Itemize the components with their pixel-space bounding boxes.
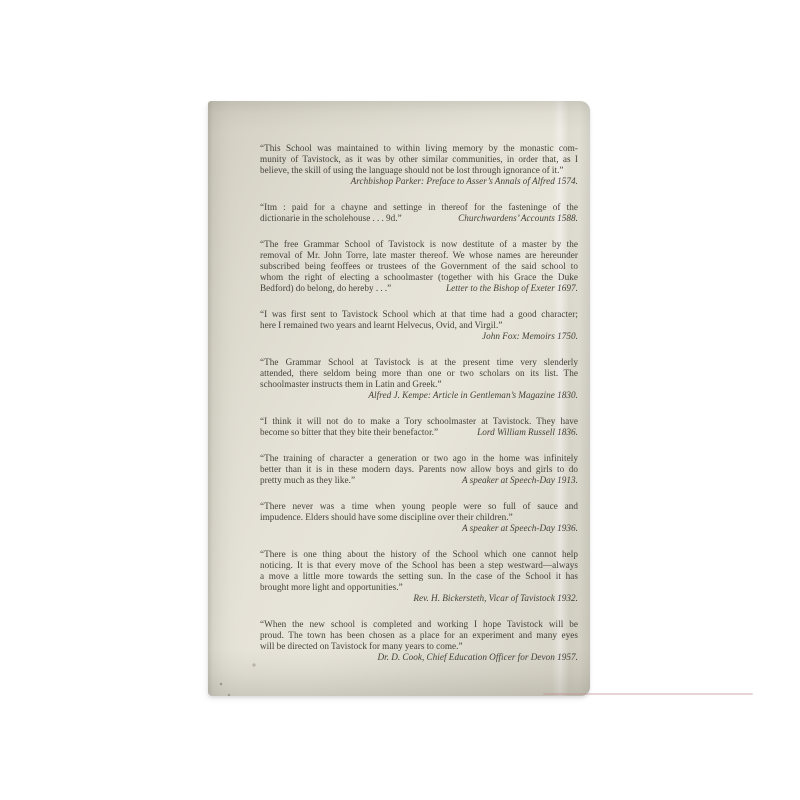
quote-attribution-line: Dr. D. Cook, Chief Education Officer for…	[260, 652, 578, 663]
quote-block: “This School was maintained to within li…	[260, 143, 578, 187]
quote-line: “When the new school is completed and wo…	[260, 619, 578, 630]
quote-line: removal of Mr. John Torre, late master t…	[260, 250, 578, 261]
quote-line: proud. The town has been chosen as a pla…	[260, 630, 578, 641]
quote-attribution-line: Archbishop Parker: Preface to Asser’s An…	[260, 176, 578, 187]
quote-line: become so bitter that they bite their be…	[260, 427, 578, 438]
quote-line: whom the right of electing a schoolmaste…	[260, 272, 578, 283]
quote-block: “Itm : paid for a chayne and settinge in…	[260, 202, 578, 224]
book-back-cover: “This School was maintained to within li…	[208, 101, 590, 696]
quote-line: “Itm : paid for a chayne and settinge in…	[260, 202, 578, 213]
quote-line: schoolmaster instructs them in Latin and…	[260, 379, 578, 390]
quote-line: subscribed being feoffees or trustees of…	[260, 261, 578, 272]
quote-line: “I was first sent to Tavistock School wh…	[260, 309, 578, 320]
quote-attribution: Archbishop Parker: Preface to Asser’s An…	[351, 176, 578, 186]
quote-line: “The training of character a generation …	[260, 453, 578, 464]
quotes-area: “This School was maintained to within li…	[260, 143, 578, 678]
quote-line: impudence. Elders should have some disci…	[260, 512, 578, 523]
quote-line: noticing. It is that every move of the S…	[260, 560, 578, 571]
quote-text: become so bitter that they bite their be…	[260, 427, 438, 438]
quote-attribution: A speaker at Speech-Day 1936.	[462, 523, 578, 533]
quote-attribution-line: John Fox: Memoirs 1750.	[260, 331, 578, 342]
quote-block: “I was first sent to Tavistock School wh…	[260, 309, 578, 342]
quote-line: “There never was a time when young peopl…	[260, 501, 578, 512]
quote-line: “I think it will not do to make a Tory s…	[260, 416, 578, 427]
quote-attribution: A speaker at Speech-Day 1913.	[462, 475, 578, 486]
quote-line: “The free Grammar School of Tavistock is…	[260, 239, 578, 250]
quote-attribution-line: Alfred J. Kempe: Article in Gentleman’s …	[260, 390, 578, 401]
quote-block: “The Grammar School at Tavistock is at t…	[260, 357, 578, 401]
jacket-bottom-edge-tint	[543, 693, 753, 695]
quote-attribution: Alfred J. Kempe: Article in Gentleman’s …	[368, 390, 578, 400]
quote-line: better than it is in these modern days. …	[260, 464, 578, 475]
quote-attribution: Dr. D. Cook, Chief Education Officer for…	[377, 652, 578, 662]
quote-block: “The training of character a generation …	[260, 453, 578, 486]
quote-line: “The Grammar School at Tavistock is at t…	[260, 357, 578, 368]
quote-attribution: Lord William Russell 1836.	[477, 427, 578, 438]
quote-line: believe, the skill of using the language…	[260, 165, 578, 176]
quote-line: brought more light and opportunities.”	[260, 582, 578, 593]
quote-attribution-line: A speaker at Speech-Day 1936.	[260, 523, 578, 534]
quote-block: “When the new school is completed and wo…	[260, 619, 578, 663]
quote-text: dictionarie in the scholehouse . . . 9d.…	[260, 213, 402, 224]
quote-block: “The free Grammar School of Tavistock is…	[260, 239, 578, 294]
quote-block: “I think it will not do to make a Tory s…	[260, 416, 578, 438]
quote-line: here I remained two years and learnt Hel…	[260, 320, 578, 331]
quote-attribution: Rev. H. Bickersteth, Vicar of Tavistock …	[413, 593, 578, 603]
quote-line: a move a little more towards the setting…	[260, 571, 578, 582]
quote-line: “This School was maintained to within li…	[260, 143, 578, 154]
quote-text: Bedford) do belong, do hereby . . .”	[260, 283, 391, 294]
quote-attribution: John Fox: Memoirs 1750.	[482, 331, 578, 341]
quote-attribution: Churchwardens’ Accounts 1588.	[458, 213, 578, 224]
photo-background: “This School was maintained to within li…	[0, 0, 800, 800]
quote-text: pretty much as they like.”	[260, 475, 355, 486]
quote-line: attended, there seldom being more than o…	[260, 368, 578, 379]
quote-block: “There is one thing about the history of…	[260, 549, 578, 604]
quote-line: “There is one thing about the history of…	[260, 549, 578, 560]
quote-line: munity of Tavistock, as it was by other …	[260, 154, 578, 165]
quote-attribution-line: Rev. H. Bickersteth, Vicar of Tavistock …	[260, 593, 578, 604]
quote-line: dictionarie in the scholehouse . . . 9d.…	[260, 213, 578, 224]
quote-block: “There never was a time when young peopl…	[260, 501, 578, 534]
quote-line: Bedford) do belong, do hereby . . .”Lett…	[260, 283, 578, 294]
quote-line: pretty much as they like.”A speaker at S…	[260, 475, 578, 486]
quote-line: will be directed on Tavistock for many y…	[260, 641, 578, 652]
quote-attribution: Letter to the Bishop of Exeter 1697.	[446, 283, 578, 294]
